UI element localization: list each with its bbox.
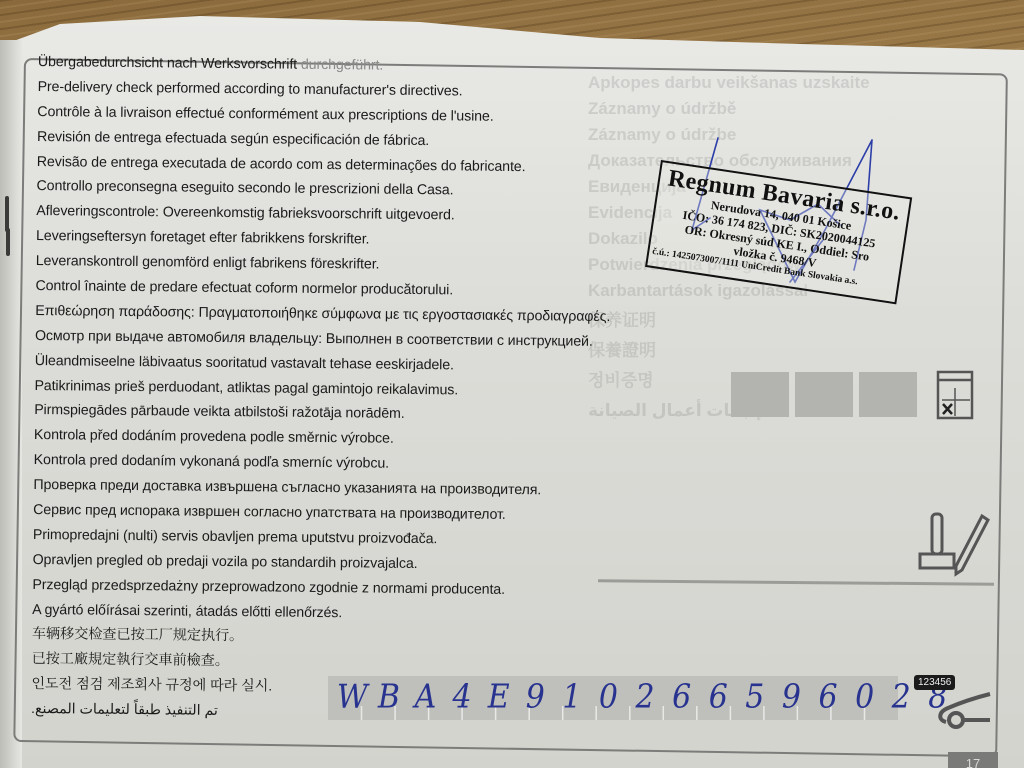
- vin-label-badge: 123456: [914, 675, 955, 690]
- predelivery-statements: Übergabedurchsicht nach Werksvorschrift …: [31, 50, 698, 729]
- vin-char: 6: [663, 674, 700, 722]
- vin-field[interactable]: WBA4E910266596028: [328, 676, 898, 720]
- date-box-month[interactable]: [795, 372, 853, 417]
- odometer-key-icon: [934, 690, 996, 730]
- vin-char: 6: [700, 674, 737, 722]
- statement-ar: تم التنفيذ طبقاً لتعليمات المصنع.: [31, 697, 231, 724]
- vin-char: 0: [846, 674, 883, 722]
- vin-char: W: [334, 674, 371, 722]
- date-box-day[interactable]: [731, 372, 789, 417]
- binding-mark: [5, 196, 9, 232]
- vin-char: 2: [627, 674, 664, 722]
- vin-handwritten: WBA4E910266596028: [334, 676, 956, 720]
- vin-char: 9: [773, 674, 810, 722]
- vin-char: 0: [590, 674, 627, 722]
- vin-char: 5: [737, 674, 774, 722]
- page-number: 17: [948, 752, 998, 768]
- date-box-year-1[interactable]: [859, 372, 917, 417]
- vin-char: E: [480, 674, 517, 722]
- vin-char: 6: [810, 674, 847, 722]
- vin-char: 9: [517, 674, 554, 722]
- calendar-icon: [936, 370, 974, 420]
- vin-char: B: [371, 674, 408, 722]
- stamp-and-pen-icon: [918, 510, 992, 584]
- vin-char: 4: [444, 674, 481, 722]
- vin-char: 1: [554, 674, 591, 722]
- binding-mark: [6, 228, 10, 256]
- vin-char: A: [407, 674, 444, 722]
